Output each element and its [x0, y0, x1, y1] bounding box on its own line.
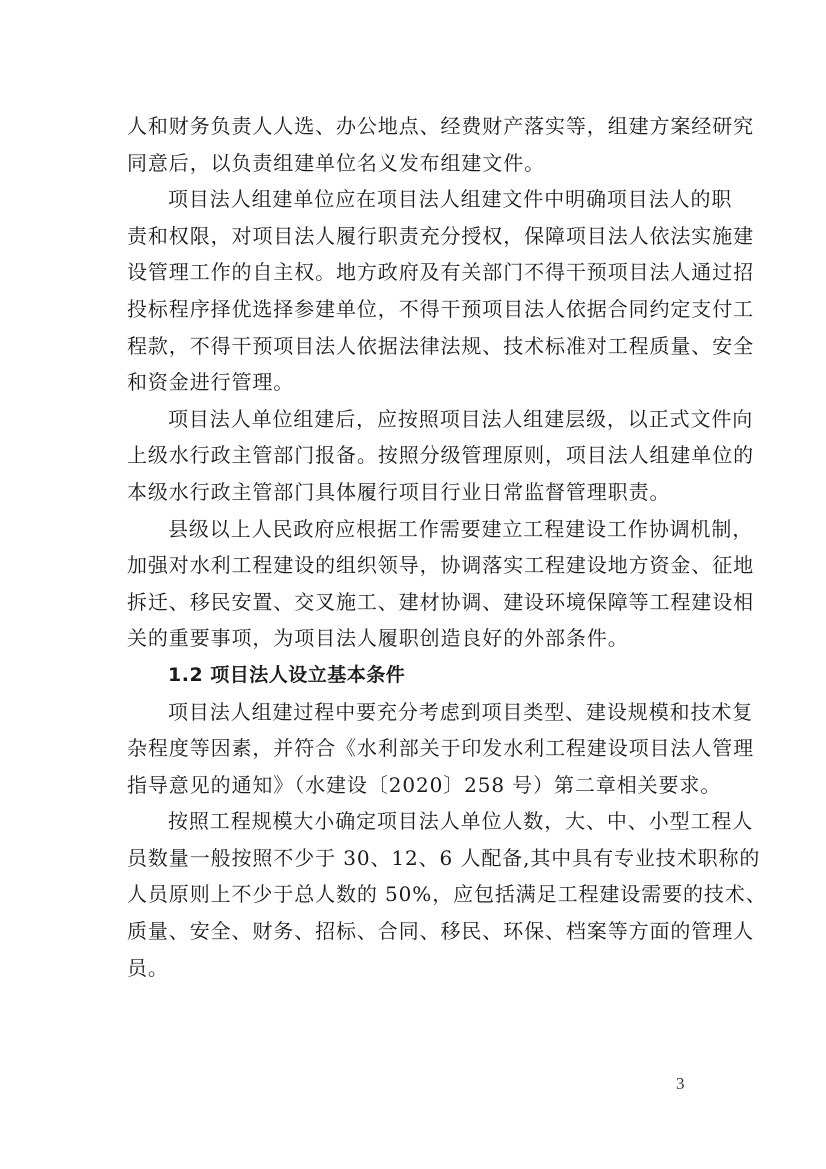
page-number: 3 [676, 1074, 685, 1094]
text-line: 上级水行政主管部门报备。按照分级管理原则，项目法人组建单位的 [127, 437, 701, 474]
text-line: 人员原则上不少于总人数的 50%，应包括满足工程建设需要的技术、 [127, 876, 701, 913]
text-line: 指导意见的通知》（水建设〔2020〕258 号）第二章相关要求。 [127, 767, 701, 804]
text-line: 质量、安全、财务、招标、合同、移民、环保、档案等方面的管理人 [127, 913, 701, 950]
text-line: 责和权限，对项目法人履行职责充分授权，保障项目法人依法实施建 [127, 218, 701, 255]
text-line: 投标程序择优选择参建单位，不得干预项目法人依据合同约定支付工 [127, 291, 701, 328]
paragraph-continuation: 人和财务负责人人选、办公地点、经费财产落实等，组建方案经研究 同意后，以负责组建… [127, 108, 701, 181]
text-line: 和资金进行管理。 [127, 364, 701, 401]
text-line: 同意后，以负责组建单位名义发布组建文件。 [127, 145, 701, 182]
text-line: 按照工程规模大小确定项目法人单位人数，大、中、小型工程人 [127, 803, 701, 840]
text-line: 项目法人组建单位应在项目法人组建文件中明确项目法人的职 [127, 181, 701, 218]
text-line: 项目法人单位组建后，应按照项目法人组建层级，以正式文件向 [127, 401, 701, 438]
document-page-body: 人和财务负责人人选、办公地点、经费财产落实等，组建方案经研究 同意后，以负责组建… [127, 108, 701, 986]
text-line: 设管理工作的自主权。地方政府及有关部门不得干预项目法人通过招 [127, 254, 701, 291]
text-line: 人和财务负责人人选、办公地点、经费财产落实等，组建方案经研究 [127, 108, 701, 145]
text-line: 程款，不得干预项目法人依据法律法规、技术标准对工程质量、安全 [127, 328, 701, 365]
text-line: 县级以上人民政府应根据工作需要建立工程建设工作协调机制， [127, 511, 701, 548]
paragraph-conditions: 项目法人组建过程中要充分考虑到项目类型、建设规模和技术复 杂程度等因素，并符合《… [127, 694, 701, 804]
paragraph-staffing: 按照工程规模大小确定项目法人单位人数，大、中、小型工程人 员数量一般按照不少于 … [127, 803, 701, 986]
text-line: 本级水行政主管部门具体履行项目行业日常监督管理职责。 [127, 474, 701, 511]
paragraph-reporting: 项目法人单位组建后，应按照项目法人组建层级，以正式文件向 上级水行政主管部门报备… [127, 401, 701, 511]
text-line: 员数量一般按照不少于 30、12、6 人配备,其中具有专业技术职称的 [127, 840, 701, 877]
text-line: 加强对水利工程建设的组织领导，协调落实工程建设地方资金、征地 [127, 547, 701, 584]
paragraph-coordination: 县级以上人民政府应根据工作需要建立工程建设工作协调机制， 加强对水利工程建设的组… [127, 511, 701, 657]
text-line: 杂程度等因素，并符合《水利部关于印发水利工程建设项目法人管理 [127, 730, 701, 767]
text-line: 员。 [127, 950, 701, 987]
paragraph-authority: 项目法人组建单位应在项目法人组建文件中明确项目法人的职 责和权限，对项目法人履行… [127, 181, 701, 401]
text-line: 关的重要事项，为项目法人履职创造良好的外部条件。 [127, 620, 701, 657]
section-heading: 1.2 项目法人设立基本条件 [127, 657, 701, 694]
text-line: 拆迁、移民安置、交叉施工、建材协调、建设环境保障等工程建设相 [127, 584, 701, 621]
text-line: 项目法人组建过程中要充分考虑到项目类型、建设规模和技术复 [127, 694, 701, 731]
